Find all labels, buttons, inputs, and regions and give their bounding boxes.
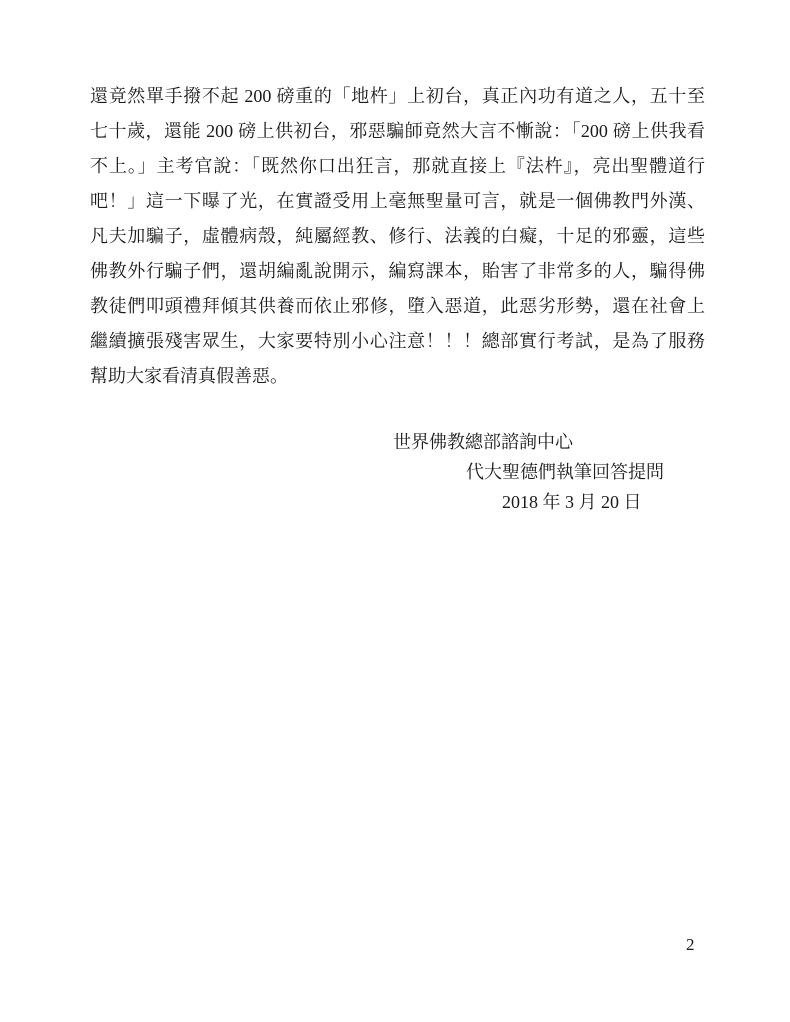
body-line: 教徒們叩頭禮拜傾其供養而依止邪修，墮入惡道，此惡劣形勢，還在社會上 <box>90 289 705 324</box>
document-page: 還竟然單手撥不起 200 磅重的「地杵」上初台，真正內功有道之人，五十至 七十歲… <box>0 0 790 1022</box>
body-line: 佛教外行騙子們，還胡編亂說開示，編寫課本，貽害了非常多的人，騙得佛 <box>90 254 705 289</box>
page-number: 2 <box>686 934 695 956</box>
body-line: 幫助大家看清真假善惡。 <box>90 359 705 394</box>
body-line: 凡夫加騙子，虛體病殼，純屬經教、修行、法義的白癡，十足的邪靈，這些 <box>90 219 705 254</box>
body-line: 吧！」這一下曝了光，在實證受用上毫無聖量可言，就是一個佛教門外漢、 <box>90 184 705 219</box>
signature-date: 2018 年 3 月 20 日 <box>502 487 790 517</box>
body-line: 還竟然單手撥不起 200 磅重的「地杵」上初台，真正內功有道之人，五十至 <box>90 79 705 114</box>
signature-author: 代大聖德們執筆回答提問 <box>466 457 790 487</box>
body-paragraph: 還竟然單手撥不起 200 磅重的「地杵」上初台，真正內功有道之人，五十至 七十歲… <box>90 79 705 394</box>
signature-block: 世界佛教總部諮詢中心 代大聖德們執筆回答提問 2018 年 3 月 20 日 <box>0 427 790 517</box>
body-line: 繼續擴張殘害眾生，大家要特別小心注意！！！總部實行考試，是為了服務 <box>90 324 705 359</box>
signature-organization: 世界佛教總部諮詢中心 <box>393 427 790 457</box>
body-line: 不上。」主考官說：「既然你口出狂言，那就直接上『法杵』，亮出聖體道行 <box>90 149 705 184</box>
body-line: 七十歲，還能 200 磅上供初台，邪惡騙師竟然大言不慚說：「200 磅上供我看 <box>90 114 705 149</box>
